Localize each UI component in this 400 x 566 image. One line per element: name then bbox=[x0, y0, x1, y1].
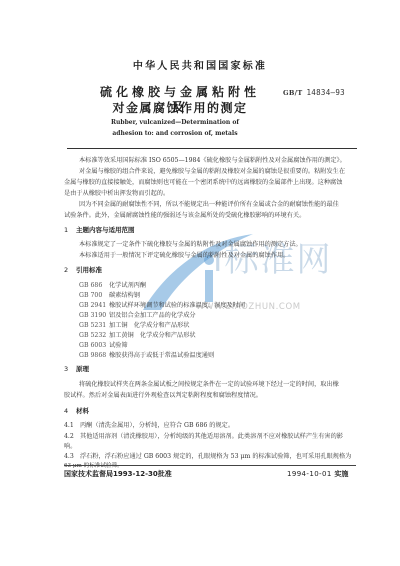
implementation-line: 1994-10-01 实施 bbox=[287, 469, 348, 479]
preface-line: 试验条件。此外，金属耐腐蚀性能的强弱还与该金属所处的受硫化橡胶影响的环境有关。 bbox=[64, 211, 305, 221]
standard-prefix: GB/T bbox=[283, 89, 302, 97]
material-item-continued: 响。 bbox=[64, 442, 76, 452]
reference-item: GB 686化学试剂丙酮 bbox=[79, 280, 146, 289]
footer-divider bbox=[64, 465, 356, 466]
implementation-label: 实施 bbox=[334, 470, 348, 478]
approval-line: 国家技术监督局1993-12-30批准 bbox=[64, 469, 172, 479]
section-heading-scope: 1主题内容与适用范围 bbox=[64, 225, 135, 234]
standard-code: 14834—93 bbox=[306, 88, 345, 97]
section-line: 将硫化橡胶试样夹在两条金属试板之间按规定条件在一定的试验环境下经过一定的时间，取… bbox=[79, 380, 339, 390]
section-number: 3 bbox=[64, 365, 76, 373]
english-title-line-1: Rubber, vulcanized—Determination of bbox=[100, 117, 250, 128]
reference-item: GB 3190铝及铝合金加工产品的化学成分 bbox=[79, 310, 196, 319]
reference-item: GB 5232加工黄铜 化学成分和产品形状 bbox=[79, 330, 196, 339]
section-number: 4 bbox=[64, 407, 76, 415]
preface-line: 对金属与橡胶的组合件来说，避免橡胶与金属的粘附及橡胶对金属的腐蚀是很重要的。粘附… bbox=[79, 167, 345, 177]
section-number: 2 bbox=[64, 266, 76, 274]
document-title-line-2: 对金属腐蚀作用的测定 bbox=[100, 101, 260, 116]
preface-line: 本标准等效采用国际标准 ISO 6505—1984《硫化橡胶与金属粘附性及对金属… bbox=[79, 156, 346, 166]
section-line: 胶试样。然后对金属表面进行外观检查以判定粘附程度和腐蚀程度情况。 bbox=[64, 391, 262, 401]
preface-line: 因为不同金属的耐腐蚀性不同，所以不能规定出一种能评价所有金属或合金的耐腐蚀性能的… bbox=[79, 200, 339, 210]
section-title: 引用标准 bbox=[76, 266, 102, 274]
section-heading-materials: 4材料 bbox=[64, 406, 89, 415]
material-item: 4.2其他适用溶剂（清洗橡胶用），分析纯级的其他适用溶剂。此类溶剂不应对橡胶试样… bbox=[64, 432, 343, 442]
section-title: 主题内容与适用范围 bbox=[76, 226, 135, 234]
section-heading-principle: 3原理 bbox=[64, 364, 89, 373]
preface-line: 是由于从橡胶中析出挥发物而引起的。 bbox=[64, 189, 169, 199]
section-line: 本标准规定了一定条件下硫化橡胶与金属的粘附性及对金属腐蚀作用的测定方法。 bbox=[79, 240, 302, 250]
reference-item: GB 9868橡胶获得高于或低于常温试验温度通则 bbox=[79, 350, 214, 359]
reference-item: GB 5231加工铜 化学成分和产品形状 bbox=[79, 320, 189, 329]
standard-number: GB/T14834—93 bbox=[283, 88, 345, 97]
section-title: 原理 bbox=[76, 365, 89, 373]
implementation-date: 1994-10-01 bbox=[287, 470, 332, 478]
section-heading-references: 2引用标准 bbox=[64, 265, 102, 274]
reference-item: GB 2941橡胶试样环境调节和试验的标准温度、湿度及时间 bbox=[79, 300, 245, 309]
section-title: 材料 bbox=[76, 407, 89, 415]
reference-item: GB 700碳素结构钢 bbox=[79, 290, 140, 299]
issuing-organization: 中华人民共和国国家标准 bbox=[0, 57, 400, 72]
header-divider bbox=[67, 148, 357, 149]
material-item: 4.1丙酮（清洗金属用），分析纯，应符合 GB 686 的规定。 bbox=[64, 421, 234, 431]
section-number: 1 bbox=[64, 226, 76, 234]
reference-item: GB 6003试验筛 bbox=[79, 340, 128, 349]
preface-line: 金属与橡胶的直接接触处，而腐蚀则也可能在一个密闭系统中的远离橡胶的金属部件上出现… bbox=[64, 178, 342, 188]
section-line: 本标准适用于一般情况下评定硫化橡胶与金属的粘附性及对金属的腐蚀作用。 bbox=[79, 251, 289, 261]
english-title-line-2: adhesion to: and corrosion of, metals bbox=[100, 128, 250, 139]
